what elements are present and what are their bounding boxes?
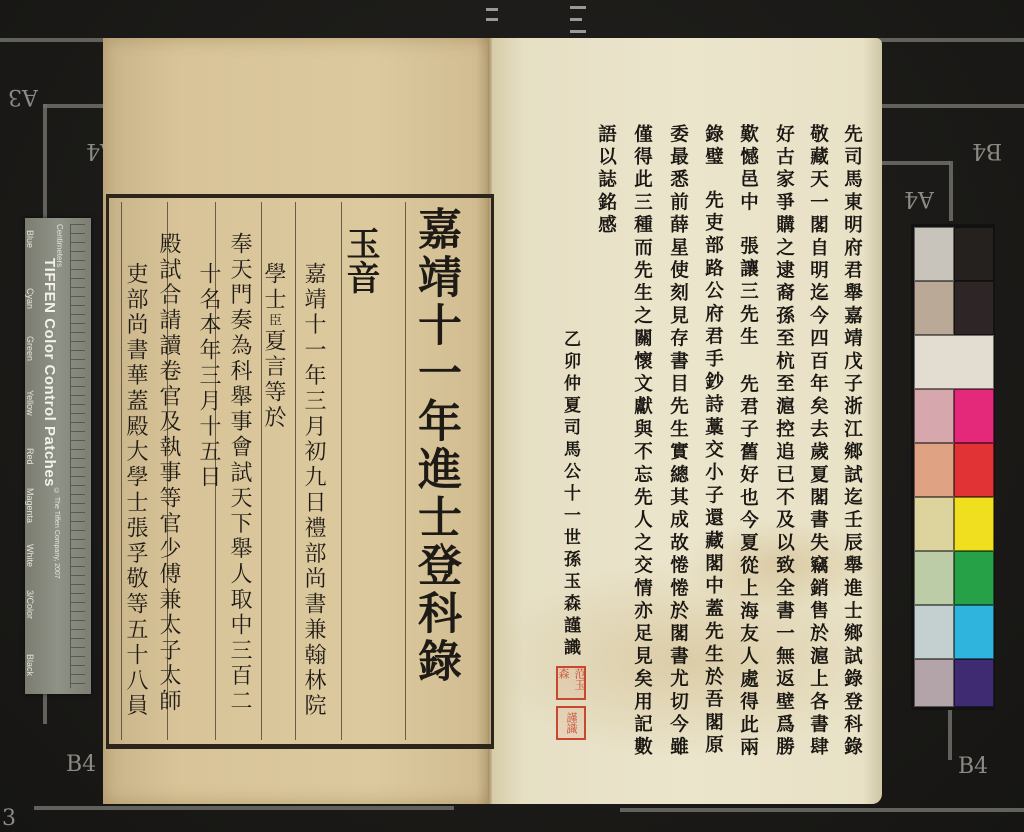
tiffen-product: Color Control Patches <box>41 318 58 487</box>
colophon-signature: 乙卯仲夏司馬公十一世孫玉森謹識 <box>561 330 578 660</box>
section-heading: 玉音 <box>343 226 377 294</box>
patch-light-orange <box>914 443 954 497</box>
patch-magenta <box>954 389 994 443</box>
patch-yellow <box>954 497 994 551</box>
colophon-column-4a: 歎憾邑中 <box>738 124 757 215</box>
colophon-column-5b: 先吏部路公府君手鈔詩藁交小子還藏閣中蓋先生於吾閣原 <box>703 190 722 758</box>
colophon-column-4b: 張讓三先生 <box>738 236 757 350</box>
guide-label-3: 3 <box>2 806 16 831</box>
patch-cyan <box>954 605 994 659</box>
patch-light-cyan <box>914 605 954 659</box>
ruler-mark <box>486 8 498 11</box>
patch-light-pink <box>914 389 954 443</box>
ruler-mark <box>486 18 498 21</box>
ruler-mark <box>570 18 582 21</box>
left-text-column-5: 殿試合請讀卷官及執事等官少傅兼太子太師 <box>157 232 179 715</box>
patch-white <box>914 335 994 389</box>
column-rule <box>121 202 122 740</box>
tiffen-title: TIFFEN Color Control Patches <box>41 258 58 487</box>
guide-line-bottom-right <box>620 808 1024 812</box>
colophon-column-6: 委最悉前薛星使刻見存書目先生實總其成故惓惓於閣書尤切今雖 <box>668 124 687 760</box>
color-name-3color: 3/Color <box>25 590 35 619</box>
left-text-column-2a: 學士臣夏言等於 <box>262 262 284 431</box>
text-xiayan: 夏言等於 <box>261 329 286 431</box>
color-name-cyan: Cyan <box>25 288 35 309</box>
colophon-column-7: 僅得此三種而先生之關懷文獻與不忘先人之交情亦足見矣用記數 <box>632 124 651 760</box>
column-rule <box>405 202 406 740</box>
ruler-mark <box>570 6 586 9</box>
seal-stamp-1: 范玉森 <box>556 666 586 700</box>
guide-label-b4-right-top: B4 <box>972 138 1002 163</box>
left-text-column-4: 十名本年三月十五日 <box>197 262 219 491</box>
colophon-column-2: 敬藏天一閣自明迄今四百年矣去歲夏閣書失竊銷售於滬上各書肆 <box>808 124 827 760</box>
color-name-yellow: Yellow <box>25 390 35 416</box>
book-title: 嘉靖十一年進士登科錄 <box>413 206 457 686</box>
patch-tan <box>914 281 954 335</box>
color-name-white: White <box>25 544 35 567</box>
guide-line-bottom-right-v <box>948 710 952 760</box>
text-chen: 臣 <box>266 313 281 329</box>
color-patch-card <box>911 224 995 710</box>
guide-label-a4-right: A4 <box>904 186 934 211</box>
patch-light-violet <box>914 659 954 707</box>
tiffen-color-strip: Centimeters TIFFEN Color Control Patches… <box>25 218 91 694</box>
patch-violet <box>954 659 994 707</box>
patch-red <box>954 443 994 497</box>
color-name-magenta: Magenta <box>25 488 35 523</box>
ruler-mark <box>570 30 586 33</box>
tiffen-copyright: © The Tiffen Company, 2007 <box>53 488 60 579</box>
guide-line-right-h <box>880 104 1024 108</box>
tiffen-brand: TIFFEN <box>41 258 58 314</box>
guide-line-bottom-left <box>34 806 454 810</box>
colophon-column-8: 語以誌銘感 <box>596 124 615 238</box>
color-name-green: Green <box>25 336 35 361</box>
left-text-column-6: 吏部尚書華蓋殿大學士張孚敬等五十八員 <box>124 262 146 719</box>
guide-line-a4-left-h <box>43 104 103 108</box>
left-text-column-3: 奉天門奏為科舉事會試天下舉人取中三百二 <box>228 232 250 715</box>
patch-light-green <box>914 551 954 605</box>
left-text-column-1: 嘉靖十一年三月初九日禮部尚書兼翰林院 <box>302 262 324 719</box>
centimeter-ruler <box>70 224 85 688</box>
patch-light-yellow <box>914 497 954 551</box>
patch-green <box>954 551 994 605</box>
column-rule <box>295 202 296 740</box>
patch-black <box>954 227 994 281</box>
guide-label-b4-left-bottom: B4 <box>66 752 96 777</box>
guide-label-b4-right-bottom: B4 <box>958 754 988 779</box>
colophon-column-5a: 錄璧 <box>703 124 722 169</box>
guide-label-a3: A3 <box>8 84 38 109</box>
patch-light-gray <box>914 227 954 281</box>
color-name-black: Black <box>25 654 35 676</box>
colophon-column-3: 好古家爭購之逮裔孫至杭至滬控追已不及以致全書一無返壁爲勝 <box>774 124 793 760</box>
guide-line-right-a4-h <box>880 161 950 165</box>
color-name-red: Red <box>25 448 35 465</box>
colophon-column-1: 先司馬東明府君舉嘉靖戊子浙江鄉試迄壬辰舉進士鄉試錄登科錄 <box>842 124 861 760</box>
seal-stamp-2: 謹識 <box>556 706 586 740</box>
guide-line-right-a4-v <box>949 161 953 221</box>
colophon-column-4c: 先君子舊好也今夏從上海友人處得此兩 <box>738 374 757 760</box>
text-xueshi: 學士 <box>261 262 286 313</box>
color-name-blue: Blue <box>25 230 35 248</box>
patch-dark-brown <box>954 281 994 335</box>
